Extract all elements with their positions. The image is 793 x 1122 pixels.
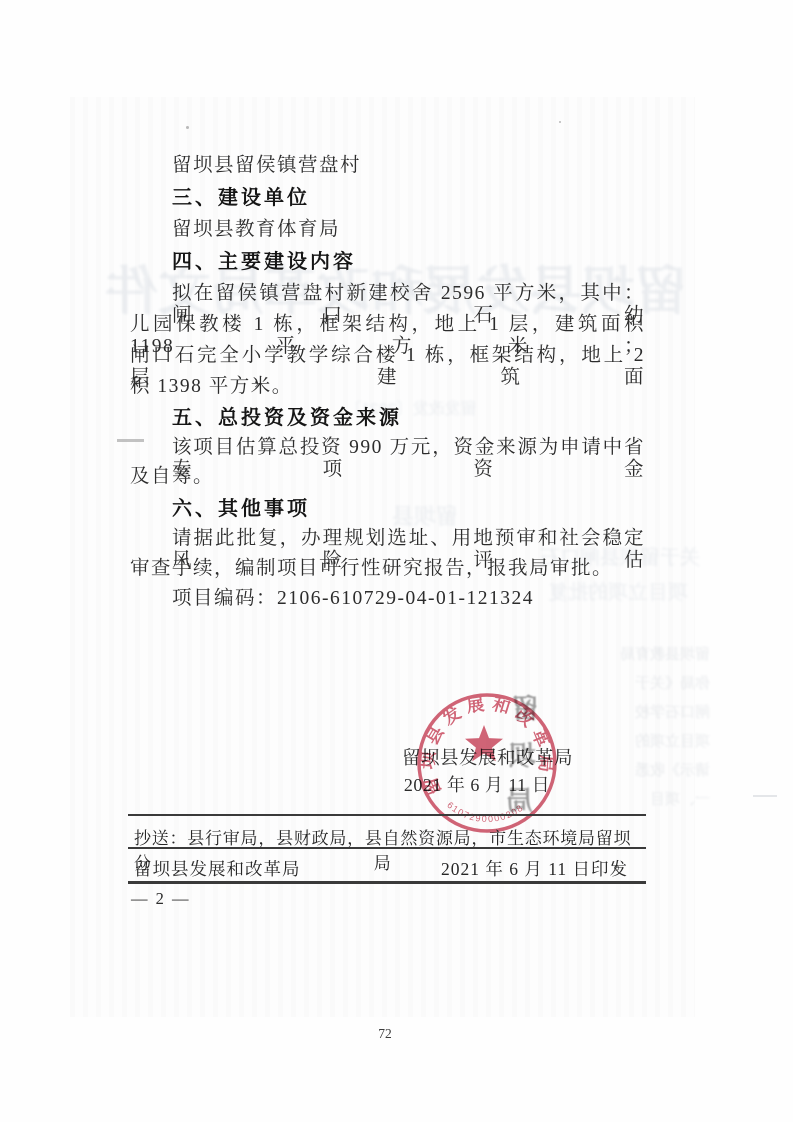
heading-construction-unit: 三、建设单位	[172, 187, 310, 209]
bleedthrough-side-column: 留坝县教育局 你局《关于 闸口石学校 项目立项的 请示》收悉 一、项目	[560, 640, 710, 814]
svg-text:6107290000208: 6107290000208	[445, 800, 525, 824]
footer-issue-date: 2021 年 6 月 11 日印发	[441, 856, 628, 881]
para-main-content-4: 积 1398 平方米。	[130, 376, 293, 398]
para-investment-2: 及自筹。	[130, 466, 214, 488]
seal-star-icon	[465, 725, 503, 761]
footer-rule-bottom	[128, 881, 646, 884]
footer-rule-top	[128, 814, 646, 816]
scan-speck	[186, 126, 189, 129]
heading-main-content: 四、主要建设内容	[172, 251, 356, 273]
seal-code-text: 6107290000208	[445, 800, 525, 824]
document-page-number: — 2 —	[131, 889, 191, 909]
footer-issuer-row: 留坝县发展和改革局 2021 年 6 月 11 日印发	[134, 856, 628, 881]
bleedthrough-mid-3: 项目立项的批复	[548, 576, 688, 605]
footer-rule-middle	[128, 847, 646, 849]
heading-investment: 五、总投资及资金来源	[172, 407, 402, 429]
footer-issuer: 留坝县发展和改革局	[134, 856, 301, 881]
line-project-code: 项目编码：2106-610729-04-01-121324	[172, 588, 534, 610]
scan-dash-artifact	[117, 439, 144, 442]
heading-other-matters: 六、其他事项	[172, 498, 310, 520]
bleedthrough-mid-1: 留坝县	[392, 500, 458, 531]
sheet-page-number: 72	[0, 1026, 770, 1042]
para-investment-1: 该项目估算总投资 990 万元，资金来源为申请中省专项资金	[172, 437, 645, 481]
para-other-matters-2: 审查手续，编制项目可行性研究报告，报我局审批。	[130, 558, 613, 580]
scanned-document-page: 留坝县发展和改革局文件 留发改发〔2021〕 留坝县 关于留坝县闸口石 项目立项…	[0, 0, 793, 1122]
scan-speck	[559, 121, 561, 123]
scan-dash-artifact	[753, 795, 777, 797]
line-construction-unit: 留坝县教育体育局	[172, 219, 340, 241]
line-project-location: 留坝县留侯镇营盘村	[172, 155, 361, 177]
